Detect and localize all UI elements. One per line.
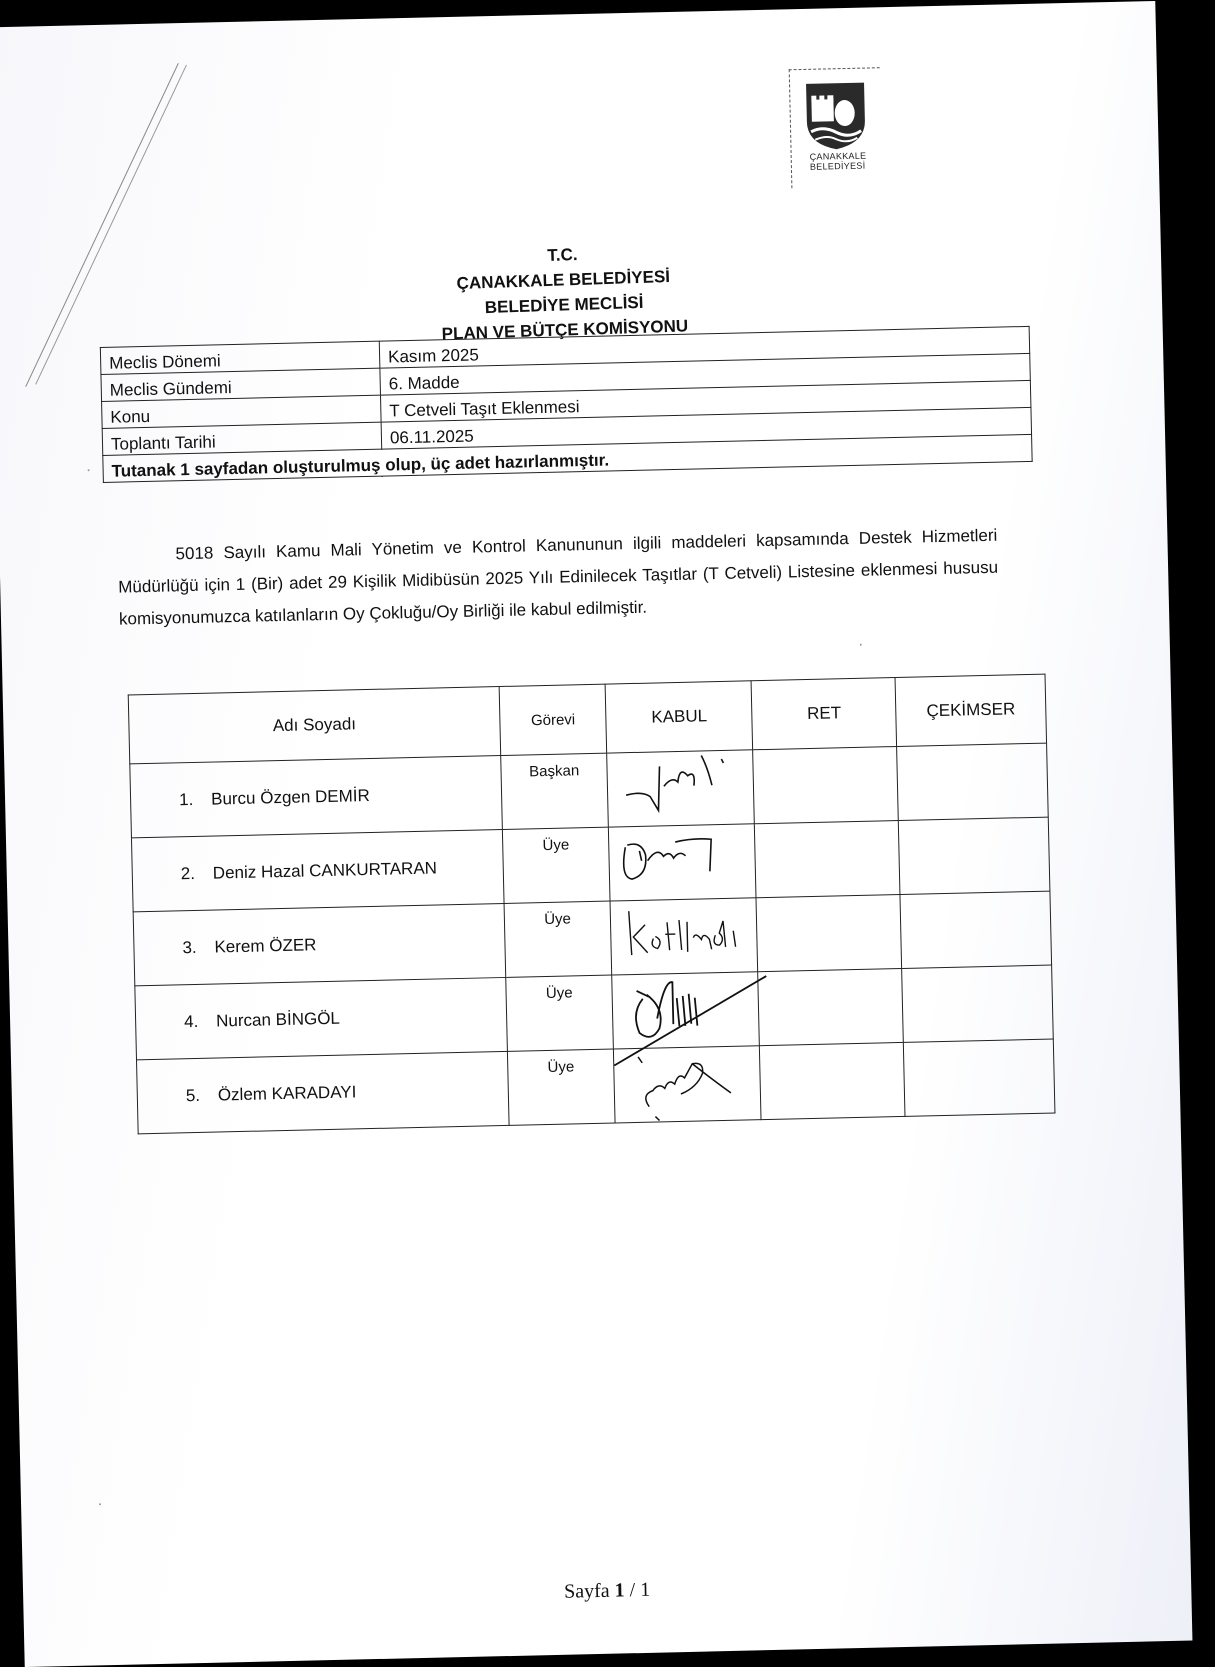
abstain-cell — [902, 965, 1053, 1042]
reject-cell — [758, 968, 903, 1045]
page-number: Sayfa 1 / 1 — [23, 1567, 1191, 1616]
member-name-cell: 4.Nurcan BİNGÖL — [135, 977, 508, 1059]
header-role: Görevi — [499, 684, 607, 755]
member-name: Nurcan BİNGÖL — [216, 1008, 340, 1030]
member-name: Deniz Hazal CANKURTARAN — [213, 858, 438, 882]
abstain-cell — [898, 817, 1049, 894]
reject-cell — [755, 820, 900, 897]
abstain-cell — [903, 1039, 1054, 1116]
signature-icon — [618, 1040, 760, 1123]
abstain-cell — [900, 891, 1051, 968]
scan-speck — [88, 469, 90, 471]
abstain-cell — [897, 743, 1048, 820]
member-role: Üye — [502, 827, 610, 903]
header-reject: RET — [752, 678, 897, 750]
accept-cell — [607, 750, 755, 827]
member-name-cell: 5.Özlem KARADAYI — [137, 1051, 510, 1133]
scan-speck — [99, 1503, 101, 1505]
signature-icon — [611, 744, 753, 817]
member-role: Üye — [506, 975, 614, 1051]
municipality-logo: ÇANAKKALE BELEDİYESİ — [789, 67, 883, 188]
meeting-info-table: Meclis Dönemi Kasım 2025 Meclis Gündemi … — [100, 326, 1033, 483]
page-total: 1 — [640, 1579, 650, 1601]
member-role: Üye — [507, 1049, 615, 1125]
logo-line-2: BELEDİYESİ — [810, 161, 867, 172]
member-number: 4. — [184, 1011, 216, 1032]
signature-icon — [616, 966, 768, 1049]
member-name-cell: 3.Kerem ÖZER — [133, 903, 506, 985]
member-name: Burcu Özgen DEMİR — [211, 785, 370, 808]
page-prefix: Sayfa — [564, 1580, 615, 1603]
member-role: Başkan — [501, 753, 609, 829]
accept-cell — [609, 824, 757, 901]
member-number: 3. — [182, 937, 214, 958]
vote-table: Adı Soyadı Görevi KABUL RET ÇEKİMSER 1.B… — [128, 674, 1056, 1135]
accept-cell — [612, 972, 760, 1049]
member-name: Özlem KARADAYI — [218, 1082, 357, 1104]
handwritten-absent-note — [615, 892, 757, 965]
member-name-cell: 1.Burcu Özgen DEMİR — [130, 756, 503, 838]
reject-cell — [753, 747, 898, 824]
member-name-cell: 2.Deniz Hazal CANKURTARAN — [131, 829, 504, 911]
scan-speck — [860, 644, 862, 646]
accept-cell — [610, 898, 758, 975]
page-separator: / — [624, 1579, 640, 1601]
decision-paragraph: 5018 Sayılı Kamu Mali Yönetim ve Kontrol… — [117, 520, 999, 636]
member-number: 1. — [179, 789, 211, 810]
member-role: Üye — [504, 901, 612, 977]
reject-cell — [760, 1042, 905, 1119]
scanned-page: ÇANAKKALE BELEDİYESİ T.C. ÇANAKKALE BELE… — [0, 1, 1192, 1667]
member-name: Kerem ÖZER — [214, 935, 316, 956]
reject-cell — [756, 894, 901, 971]
header-abstain: ÇEKİMSER — [895, 674, 1046, 746]
header-name: Adı Soyadı — [128, 687, 500, 764]
header-accept: KABUL — [605, 681, 753, 753]
signature-icon — [613, 818, 755, 891]
municipality-crest-icon — [802, 77, 870, 152]
member-number: 5. — [186, 1085, 218, 1106]
accept-cell — [614, 1046, 762, 1123]
member-number: 2. — [181, 863, 213, 884]
